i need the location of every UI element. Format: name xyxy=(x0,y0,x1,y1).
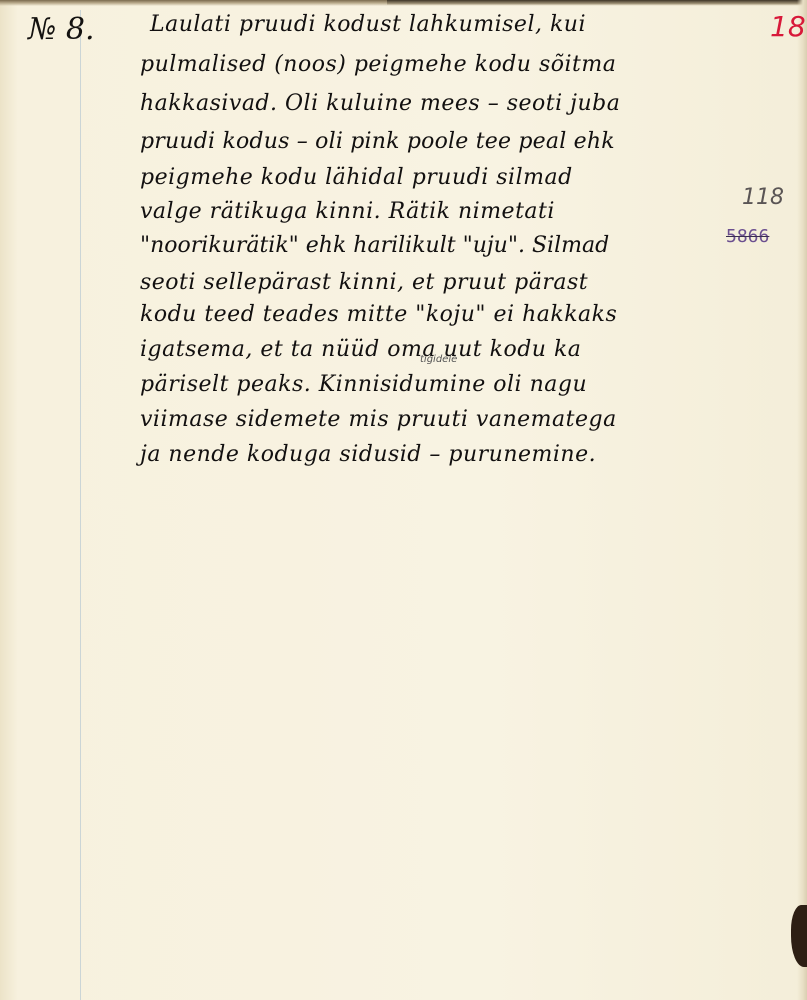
archive-number: 118 xyxy=(742,185,784,210)
text-line: kodu teed teades mitte "koju" ei hakkaks xyxy=(140,302,617,327)
text-line: peigmehe kodu lähidal pruudi silmad xyxy=(140,165,573,190)
folio-number: 18 xyxy=(770,10,806,43)
text-line: viimase sidemete mis pruuti vanematega xyxy=(140,407,617,432)
binding-shadow xyxy=(791,905,807,967)
page-top-edge-shadow xyxy=(387,0,807,5)
text-line: Laulati pruudi kodust lahkumisel, kui xyxy=(150,12,586,37)
text-line: hakkasivad. Oli kuluine mees – seoti jub… xyxy=(140,91,620,116)
text-line: seoti sellepärast kinni, et pruut pärast xyxy=(140,270,588,295)
struck-stamp-number: 5866 xyxy=(726,226,769,247)
entry-number: № 8. xyxy=(28,12,95,47)
page-right-edge xyxy=(797,0,807,1000)
text-line: pulmalised (noos) peigmehe kodu sõitma xyxy=(140,52,616,77)
text-line: päriselt peaks. Kinnisidumine oli nagu xyxy=(140,372,587,397)
margin-rule xyxy=(80,10,81,1000)
text-line: ja nende koduga sidusid – purunemine. xyxy=(140,442,596,467)
text-line: pruudi kodus – oli pink poole tee peal e… xyxy=(140,129,615,154)
text-line: igatsema, et ta nüüd oma uut kodu ka xyxy=(140,337,581,362)
text-line: valge rätikuga kinni. Rätik nimetati xyxy=(140,199,555,224)
text-line: "noorikurätik" ehk harilikult "uju". Sil… xyxy=(140,233,609,258)
manuscript-page: № 8. 18 118 5866 tigidele Laulati pruudi… xyxy=(0,0,807,1000)
